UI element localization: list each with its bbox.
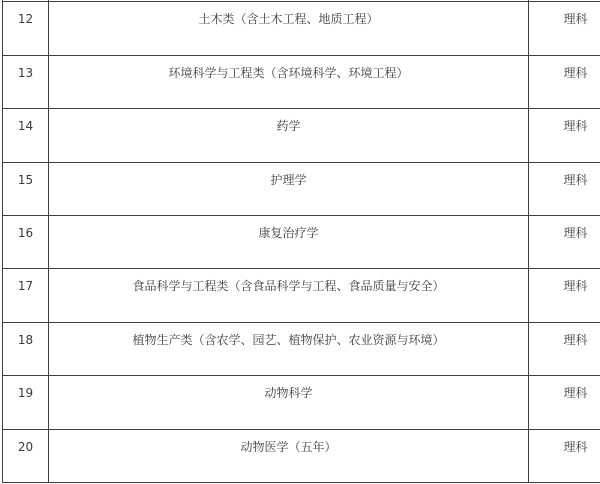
row-number-cell: 19 — [3, 376, 49, 429]
category-cell: 理科 — [529, 109, 600, 162]
table-row: 19 动物科学 理科 — [3, 376, 600, 429]
table-row: 12 土木类（含土木工程、地质工程） 理科 — [3, 2, 600, 55]
major-cell: 动物医学（五年） — [49, 429, 529, 482]
major-cell: 护理学 — [49, 162, 529, 215]
table-viewport: 12 土木类（含土木工程、地质工程） 理科 13 环境科学与工程类（含环境科学、… — [0, 0, 600, 484]
row-number-cell: 14 — [3, 109, 49, 162]
row-number-cell: 12 — [3, 2, 49, 55]
table-row: 18 植物生产类（含农学、园艺、植物保护、农业资源与环境） 理科 — [3, 322, 600, 375]
major-cell: 土木类（含土木工程、地质工程） — [49, 2, 529, 55]
category-cell: 理科 — [529, 429, 600, 482]
category-cell: 理科 — [529, 376, 600, 429]
table-row: 20 动物医学（五年） 理科 — [3, 429, 600, 482]
row-number-cell: 18 — [3, 322, 49, 375]
table-row: 13 环境科学与工程类（含环境科学、环境工程） 理科 — [3, 55, 600, 108]
row-number-cell: 20 — [3, 429, 49, 482]
category-cell: 理科 — [529, 55, 600, 108]
row-number-cell: 16 — [3, 215, 49, 268]
category-cell: 理科 — [529, 322, 600, 375]
major-cell: 植物生产类（含农学、园艺、植物保护、农业资源与环境） — [49, 322, 529, 375]
majors-table: 12 土木类（含土木工程、地质工程） 理科 13 环境科学与工程类（含环境科学、… — [2, 0, 600, 483]
table-row: 15 护理学 理科 — [3, 162, 600, 215]
table-row: 17 食品科学与工程类（含食品科学与工程、食品质量与安全） 理科 — [3, 269, 600, 322]
major-cell: 康复治疗学 — [49, 215, 529, 268]
major-cell: 食品科学与工程类（含食品科学与工程、食品质量与安全） — [49, 269, 529, 322]
category-cell: 理科 — [529, 269, 600, 322]
category-cell: 理科 — [529, 162, 600, 215]
major-cell: 药学 — [49, 109, 529, 162]
row-number-cell: 15 — [3, 162, 49, 215]
table-row: 16 康复治疗学 理科 — [3, 215, 600, 268]
major-cell: 动物科学 — [49, 376, 529, 429]
category-cell: 理科 — [529, 2, 600, 55]
category-cell: 理科 — [529, 215, 600, 268]
row-number-cell: 17 — [3, 269, 49, 322]
row-number-cell: 13 — [3, 55, 49, 108]
table-row: 14 药学 理科 — [3, 109, 600, 162]
major-cell: 环境科学与工程类（含环境科学、环境工程） — [49, 55, 529, 108]
